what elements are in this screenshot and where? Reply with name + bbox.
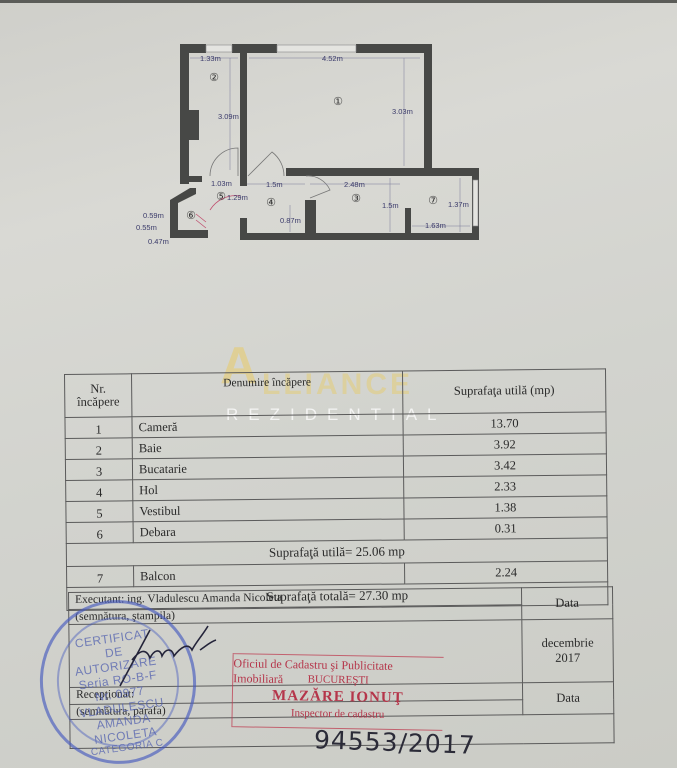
dim-label: 4.52m: [322, 54, 343, 63]
dim-label: 1.03m: [211, 179, 232, 188]
room-6-label: ⑥: [186, 210, 196, 222]
date-label-receptionat: Data: [522, 682, 613, 715]
executant-date: decembrie 2017: [522, 619, 614, 683]
dim-label: 1.5m: [382, 201, 399, 210]
dim-label: 2.48m: [344, 180, 365, 189]
room-name: Vestibul: [133, 498, 404, 522]
room-area: 2.24: [404, 561, 607, 584]
dim-label: 1.37m: [448, 200, 469, 209]
header-room-number: Nr. încăpere: [65, 374, 132, 418]
room-number: 3: [65, 459, 132, 481]
room-number: 7: [67, 566, 134, 588]
room-name: Balcon: [134, 563, 405, 587]
room-number: 2: [65, 438, 132, 460]
dim-label: 1.5m: [266, 180, 283, 189]
room-area: 0.31: [404, 517, 607, 540]
room-area: 1.38: [404, 496, 607, 519]
executant-signature: [110, 620, 220, 690]
room-4-label: ④: [266, 197, 276, 209]
dim-label: 0.59m: [143, 211, 164, 220]
room-area: 13.70: [403, 412, 606, 435]
header-usable-area: Suprafaţa utilă (mp): [402, 369, 605, 414]
room-name: Baie: [132, 435, 403, 459]
dim-label: 0.87m: [280, 216, 301, 225]
room-area-table: Nr. încăpere Denumire încăpere Suprafaţa…: [64, 368, 608, 611]
room-name: Debara: [133, 519, 404, 543]
room-name: Hol: [133, 477, 404, 501]
dim-label: 1.33m: [200, 54, 221, 63]
dim-label: 3.03m: [392, 107, 413, 116]
room-2-label: ②: [209, 72, 219, 84]
room-area: 3.42: [403, 454, 606, 477]
cadastre-office-stamp: Oficiul de Cadastru şi Publicitate Imobi…: [231, 653, 443, 731]
dim-label: 1.29m: [227, 193, 248, 202]
room-3-label: ③: [351, 193, 361, 205]
room-5-label: ⑤: [216, 191, 226, 203]
floor-plan: 1.33m 4.52m 3.09m 3.03m 1.03m 1.5m 2.48m…: [0, 0, 677, 260]
dim-label: 3.09m: [218, 112, 239, 121]
dim-label: 0.55m: [136, 223, 157, 232]
stamp-inspector-name: MAZĂRE IONUŢ: [233, 687, 443, 708]
dim-label: 1.63m: [425, 221, 446, 230]
room-number: 6: [66, 522, 133, 544]
date-label-executant: Data: [521, 587, 612, 620]
room-area: 2.33: [404, 475, 607, 498]
registration-number: 94553/2017: [314, 725, 476, 760]
room-name: Cameră: [132, 414, 403, 438]
room-area: 3.92: [403, 433, 606, 456]
room-1-label: ①: [333, 96, 343, 108]
header-room-name: Denumire încăpere: [132, 371, 403, 417]
room-number: 1: [65, 417, 132, 439]
room-number: 4: [66, 480, 133, 502]
stamp-inspector-title: Inspector de cadastru: [233, 706, 443, 722]
room-7-label: ⑦: [428, 195, 438, 207]
dim-label: 0.47m: [148, 237, 169, 246]
room-number: 5: [66, 501, 133, 523]
room-name: Bucatarie: [132, 456, 403, 480]
